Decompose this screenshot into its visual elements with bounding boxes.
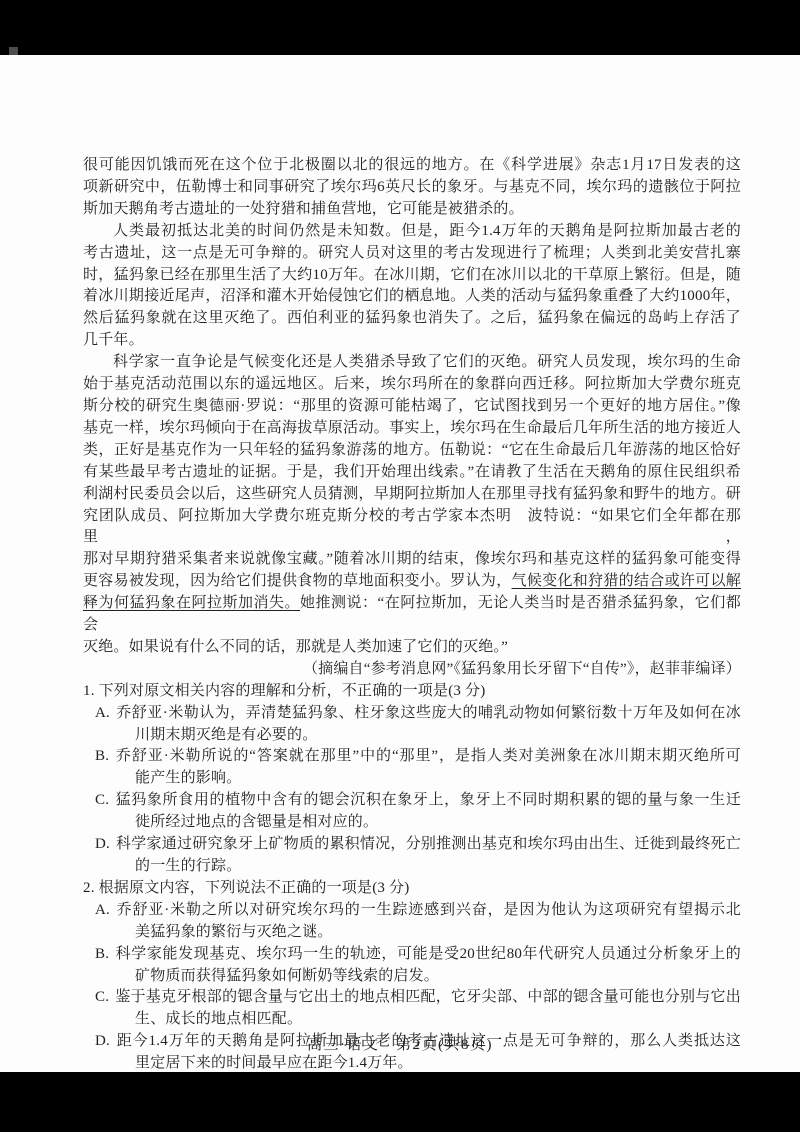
passage-line: 斯分校的研究生奥德丽·罗说：“那里的资源可能枯竭了，它试图找到另一个更好的地方居… bbox=[83, 396, 741, 418]
option-text: 猛犸象所食用的植物中含有的锶会沉积在象牙上，象牙上不同时期积累的锶的量与象一生迁 bbox=[115, 792, 741, 808]
option-text: 科学家能发现基克、埃尔玛一生的轨迹，可能是受20世纪80年代研究人员通过分析象牙… bbox=[115, 946, 741, 962]
option-text: 乔舒亚·米勒认为，弄清楚猛犸象、柱牙象这些庞大的哺乳动物如何繁衍数十万年及如何在… bbox=[116, 705, 741, 721]
option-text: 乔舒亚·米勒之所以对研究埃尔玛的一生踪迹感到兴奋，是因为他认为这项研究有望揭示北 bbox=[116, 902, 741, 918]
q1-option-a-line: A.乔舒亚·米勒认为，弄清楚猛犸象、柱牙象这些庞大的哺乳动物如何繁衍数十万年及如… bbox=[83, 703, 741, 725]
passage-line: 灭绝。如果说有什么不同的话，那就是人类加速了它们的灭绝。” bbox=[83, 637, 741, 659]
bottom-black-bar bbox=[0, 1072, 800, 1132]
citation-line: （摘编自“参考消息网”《猛犸象用长牙留下“自传”》，赵菲菲编译） bbox=[83, 659, 741, 681]
question-2-stem: 2. 根据原文内容，下列说法不正确的一项是(3 分) bbox=[83, 878, 741, 900]
passage-line: 时，猛犸象已经在那里生活了大约10万年。在冰川期，它们在冰川以北的干草原上繁衍。… bbox=[83, 265, 741, 287]
option-text: 乔舒亚·米勒所说的“答案就在那里”中的“那里”，是指人类对美洲象在冰川期末期灭绝… bbox=[115, 748, 741, 764]
option-text: 鉴于基克牙根部的锶含量与它出土的地点相匹配，它牙尖部、中部的锶含量可能也分别与它… bbox=[115, 989, 741, 1005]
underlined-passage-text: 气候变化和狩猎的结合或许可以解 bbox=[512, 573, 741, 589]
passage-line: 考古遗址，这一点是无可争辩的。研究人员对这里的考古发现进行了梳理；人类到北美安营… bbox=[83, 243, 741, 265]
exam-page: 很可能因饥饿而死在这个位于北极圈以北的很远的地方。在《科学进展》杂志1月17日发… bbox=[0, 55, 800, 1072]
underlined-passage-text: 释为何猛犸象在阿拉斯加消失。 bbox=[83, 595, 300, 611]
passage-line: 始于基克活动范围以东的遥远地区。后来，埃尔玛所在的象群向西迁移。阿拉斯加大学费尔… bbox=[83, 374, 741, 396]
q1-option-c-line: 徙所经过地点的含锶量是相对应的。 bbox=[83, 812, 741, 834]
page-footer: 高三·语文 第2页(共8页) bbox=[0, 1033, 800, 1054]
passage-line: 那对早期狩猎采集者来说就像宝藏。”随着冰川期的结束，像埃尔玛和基克这样的猛犸象可… bbox=[83, 549, 741, 571]
passage-line: 很可能因饥饿而死在这个位于北极圈以北的很远的地方。在《科学进展》杂志1月17日发… bbox=[83, 155, 741, 177]
q2-option-c-line: C.鉴于基克牙根部的锶含量与它出土的地点相匹配，它牙尖部、中部的锶含量可能也分别… bbox=[83, 987, 741, 1009]
q2-option-a-line: A.乔舒亚·米勒之所以对研究埃尔玛的一生踪迹感到兴奋，是因为他认为这项研究有望揭… bbox=[83, 900, 741, 922]
scanned-exam-screenshot: { "colors": { "paper": "#fdfdfd", "ink":… bbox=[0, 0, 800, 1132]
passage-line: 科学家一直争论是气候变化还是人类猎杀导致了它们的灭绝。研究人员发现，埃尔玛的生命 bbox=[83, 352, 741, 374]
q1-option-b-line: B.乔舒亚·米勒所说的“答案就在那里”中的“那里”，是指人类对美洲象在冰川期末期… bbox=[83, 746, 741, 768]
passage-line: 然后猛犸象就在这里灭绝了。西伯利亚的猛犸象也消失了。之后，猛犸象在偏远的岛屿上存… bbox=[83, 308, 741, 330]
passage-text: 更容易被发现，因为给它们提供食物的草地面积变小。罗认为， bbox=[83, 573, 512, 589]
passage-line: 类，正好是基克作为一只年轻的猛犸象游荡的地方。伍勒说：“它在生命最后几年游荡的地… bbox=[83, 440, 741, 462]
option-label: B. bbox=[95, 748, 109, 764]
option-text: 科学家通过研究象牙上矿物质的累积情况，分别推测出基克和埃尔玛由出生、迁徙到最终死… bbox=[116, 836, 741, 852]
option-label: B. bbox=[95, 946, 109, 962]
option-label: D. bbox=[95, 836, 110, 852]
q1-option-a-line: 川期末期灭绝是有必要的。 bbox=[83, 725, 741, 747]
passage-line: 利湖村民委员会以后，这些研究人员猜测，早期阿拉斯加人在那里寻找有猛犸象和野牛的地… bbox=[83, 484, 741, 506]
passage-line-underlined: 释为何猛犸象在阿拉斯加消失。她推测说：“在阿拉斯加，无论人类当时是否猎杀猛犸象，… bbox=[83, 593, 741, 637]
passage-line: 几千年。 bbox=[83, 330, 741, 352]
option-label: A. bbox=[95, 705, 110, 721]
option-label: C. bbox=[95, 989, 109, 1005]
passage-line: 人类最初抵达北美的时间仍然是未知数。但是，距今1.4万年的天鹅角是阿拉斯加最古老… bbox=[83, 221, 741, 243]
passage-line: 有某些最早考古遗址的证据。于是，我们开始理出线索。”在请教了生活在天鹅角的原住民… bbox=[83, 462, 741, 484]
option-label: C. bbox=[95, 792, 109, 808]
passage-and-questions: 很可能因饥饿而死在这个位于北极圈以北的很远的地方。在《科学进展》杂志1月17日发… bbox=[83, 155, 741, 1075]
passage-line-underlined: 更容易被发现，因为给它们提供食物的草地面积变小。罗认为，气候变化和狩猎的结合或许… bbox=[83, 571, 741, 593]
question-1-stem: 1. 下列对原文相关内容的理解和分析，不正确的一项是(3 分) bbox=[83, 681, 741, 703]
q1-option-c-line: C.猛犸象所食用的植物中含有的锶会沉积在象牙上，象牙上不同时期积累的锶的量与象一… bbox=[83, 790, 741, 812]
passage-line: 项新研究中，伍勒博士和同事研究了埃尔玛6英尺长的象牙。与基克不同，埃尔玛的遗骸位… bbox=[83, 177, 741, 199]
q2-option-a-line: 美猛犸象的繁衍与灭绝之谜。 bbox=[83, 922, 741, 944]
passage-line: 基克一样，埃尔玛倾向于在高海拔草原活动。事实上，埃尔玛在生命最后几年所生活的地方… bbox=[83, 418, 741, 440]
option-label: A. bbox=[95, 902, 110, 918]
passage-line: 斯加天鹅角考古遗址的一处狩猎和捕鱼营地，它可能是被猎杀的。 bbox=[83, 199, 741, 221]
passage-line: 究团队成员、阿拉斯加大学费尔班克斯分校的考古学家本杰明 波特说：“如果它们全年都… bbox=[83, 506, 741, 550]
passage-line: 着冰川期接近尾声，沼泽和灌木开始侵蚀它们的栖息地。人类的活动与猛犸象重叠了大约1… bbox=[83, 286, 741, 308]
q1-option-b-line: 能产生的影响。 bbox=[83, 768, 741, 790]
q2-option-c-line: 生、成长的地点相匹配。 bbox=[83, 1009, 741, 1031]
q1-option-d-line: 的一生的行踪。 bbox=[83, 856, 741, 878]
q1-option-d-line: D.科学家通过研究象牙上矿物质的累积情况，分别推测出基克和埃尔玛由出生、迁徙到最… bbox=[83, 834, 741, 856]
top-black-bar bbox=[0, 0, 800, 55]
q2-option-b-line: B.科学家能发现基克、埃尔玛一生的轨迹，可能是受20世纪80年代研究人员通过分析… bbox=[83, 944, 741, 966]
q2-option-b-line: 矿物质而获得猛犸象如何断奶等线索的启发。 bbox=[83, 966, 741, 988]
